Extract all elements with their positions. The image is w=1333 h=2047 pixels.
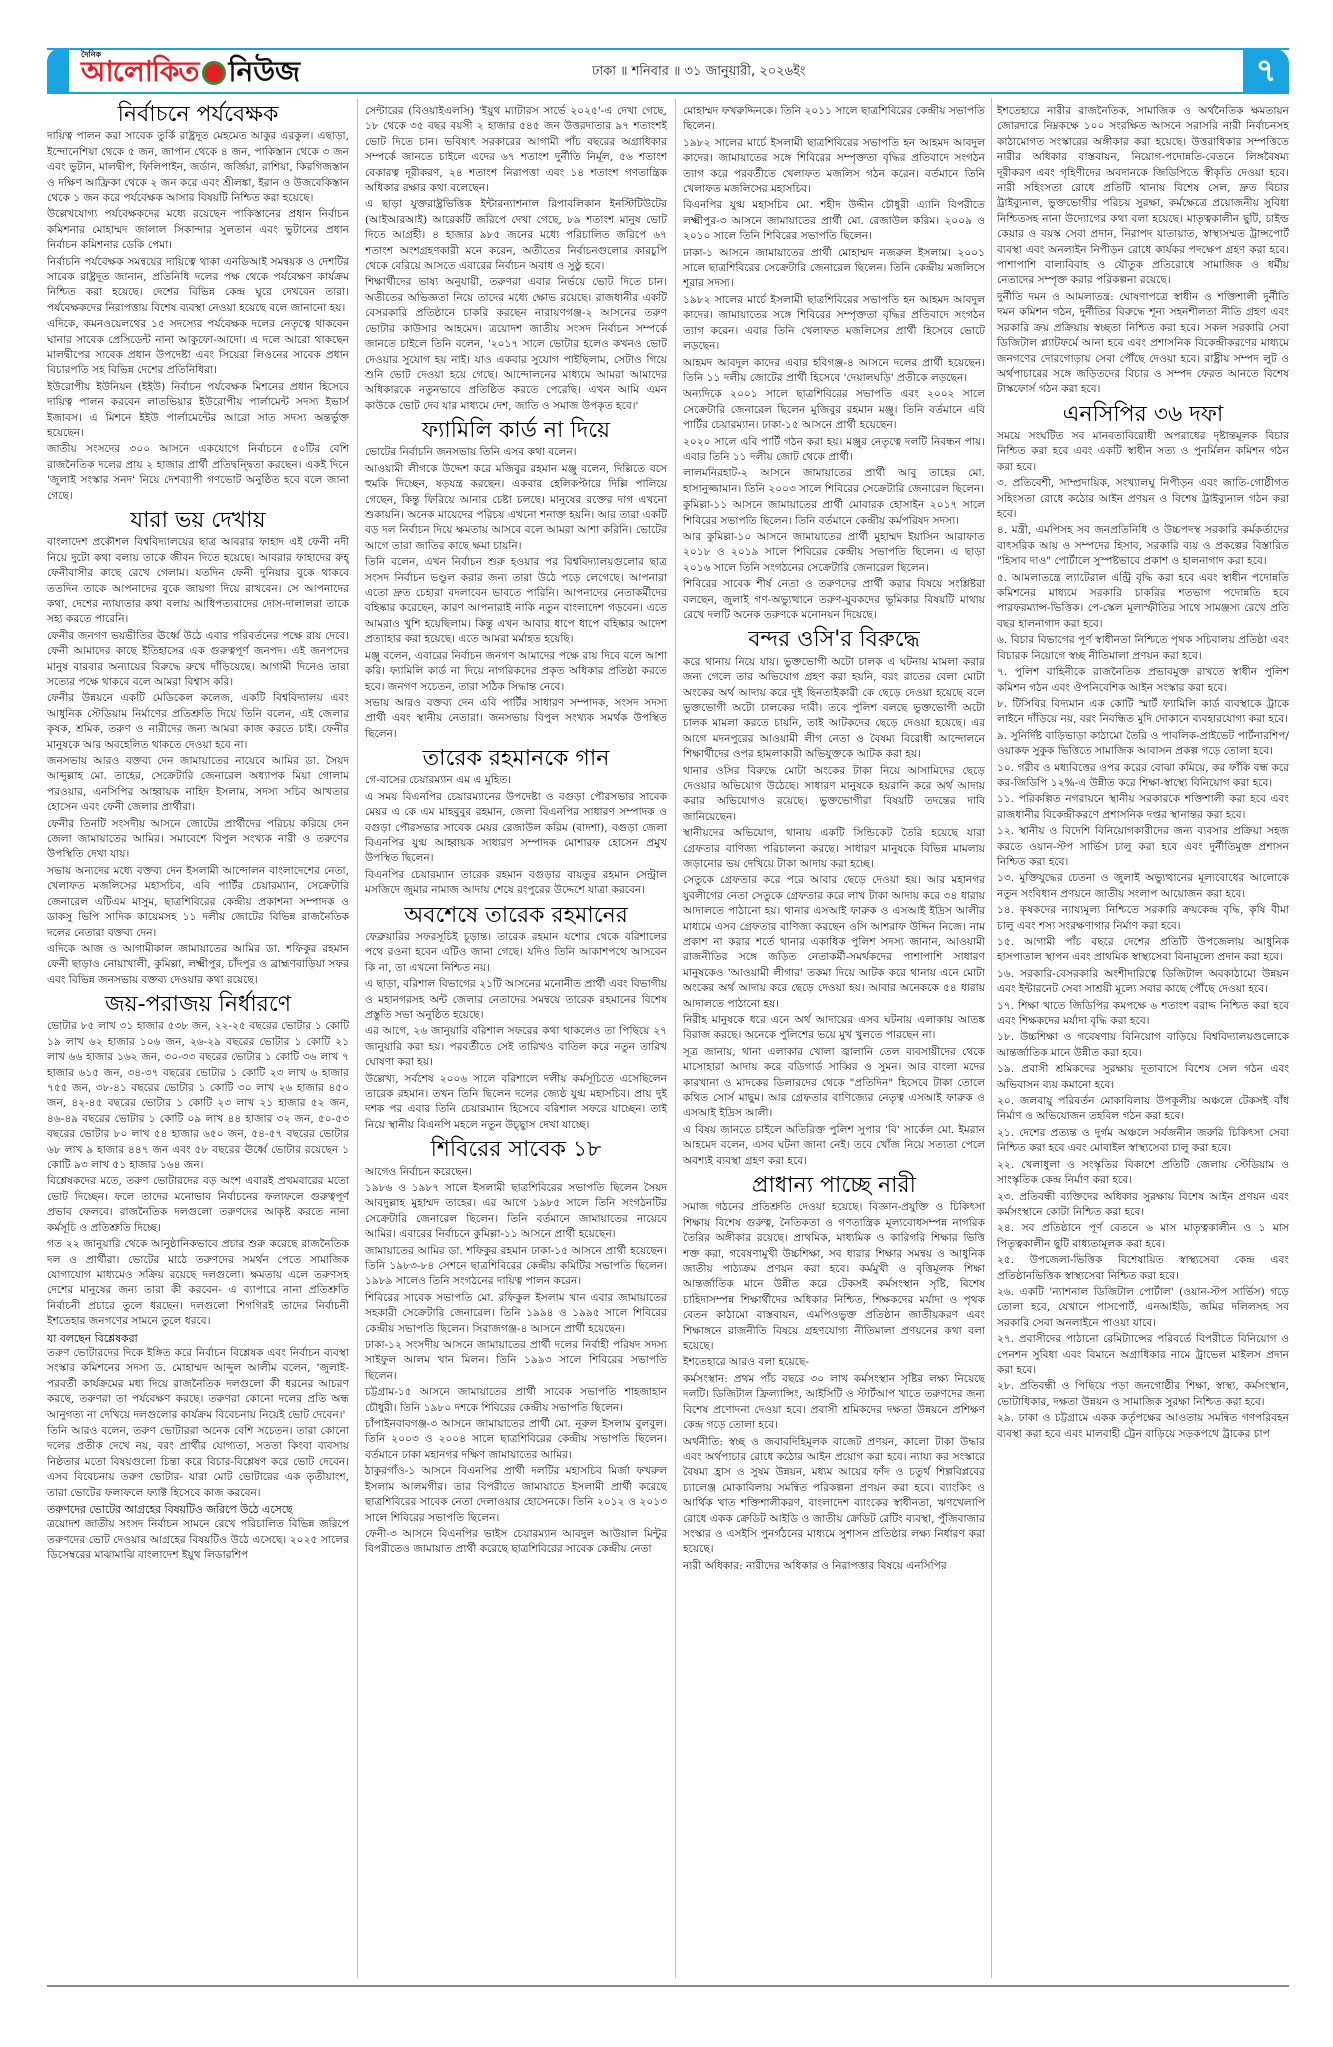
article-paragraph: আহমদ আবদুল কাদের এবার হবিগঞ্জ-৪ আসনে দলে…	[683, 356, 985, 387]
article-paragraph: তিনি আরও বলেন, তরুণ ভোটাররা অনেক বেশি সচ…	[47, 1424, 349, 1501]
list-item: ১৯. প্রবাসী শ্রমিকদের সুরক্ষায় দূতাবাসে…	[997, 1062, 1289, 1093]
article-paragraph: ১৯৮৬ ও ১৯৮৭ সালে ইসলামী ছাত্রশিবিরের সভা…	[365, 1181, 667, 1243]
list-item: ৪. মন্ত্রী, এমপিসহ সব জনপ্রতিনিধি ও উচ্চ…	[997, 523, 1289, 569]
article-paragraph: ইশতেহারে নারীর রাজনৈতিক, সামাজিক ও অর্থন…	[997, 104, 1289, 289]
article-paragraph: ফেনী-৩ আসনে বিএনপির ভাইস চেয়ারম্যান আবদ…	[365, 1527, 667, 1558]
column-divider	[675, 98, 676, 1978]
article-paragraph: লালমনিরহাট-২ আসনে জামায়াতের প্রার্থী আব…	[683, 466, 985, 497]
page-columns: নির্বাচনে পর্যবেক্ষক দায়িত্ব পালন করা স…	[47, 98, 1289, 1988]
logo-emblem-icon	[202, 61, 226, 85]
article-paragraph: ত্রয়োদশ জাতীয় সংসদ নির্বাচন সামনে রেখে…	[47, 1517, 349, 1563]
page-bottom-rule	[47, 1985, 1289, 1987]
page-number: ৭	[1243, 48, 1289, 94]
article-paragraph: বিশ্লেষকদের মতে, তরুণ ভোটারদের বড় অংশ এ…	[47, 1174, 349, 1236]
article-paragraph: তিনি বলেন, এখন নির্বাচন শুরু হওয়ার পর ব…	[365, 555, 667, 647]
list-item: ২৬. একটি 'ন্যাশনাল ডিজিটাল পোর্টাল' (ওয়…	[997, 1285, 1289, 1331]
article-paragraph: নারী অধিকার: নারীদের অধিকার ও নিরাপত্তার…	[683, 1559, 985, 1574]
list-item: ১৭. শিক্ষা খাতে জিডিপির কমপক্ষে ৬ শতাংশ …	[997, 999, 1289, 1030]
list-item: ২০. জলবায়ু পরিবর্তন মোকাবিলায় উপকূলীয়…	[997, 1094, 1289, 1125]
list-item: ২৪. সব প্রতিষ্ঠানে পূর্ণ বেতনে ৬ মাস মাত…	[997, 1221, 1289, 1252]
list-item: ২৭. প্রবাসীদের পাঠানো রেমিট্যান্সের পরিব…	[997, 1332, 1289, 1378]
article-paragraph: ইউরোপীয় ইউনিয়ন (ইইউ) নির্বাচন পর্যবেক্…	[47, 380, 349, 442]
subheading-analysts: যা বলছেন বিশ্লেষকরা	[47, 1331, 349, 1346]
article-paragraph: এ সময় বিএনপির চেয়ারম্যানের উপদেষ্টা ও …	[365, 790, 667, 867]
article-paragraph: বিএনপির চেয়ারম্যান তারেক রহমান বগুড়ার …	[365, 868, 667, 899]
article-paragraph: ঢাকা-১২ সংসদীয় আসনে জামায়াতের প্রার্থী…	[365, 1338, 667, 1384]
column-2: সেন্টারের (বিওয়াইএলসি) 'ইয়ুথ ম্যাটারস …	[365, 98, 667, 1978]
column-1: নির্বাচনে পর্যবেক্ষক দায়িত্ব পালন করা স…	[47, 98, 349, 1978]
list-item: ২৮. প্রতিবন্ধী ও পিছিয়ে পড়া জনগোষ্ঠীর …	[997, 1379, 1289, 1410]
article-paragraph: এদিকে, কমনওয়েলথের ১৫ সদস্যের পর্যবেক্ষক…	[47, 317, 349, 379]
article-paragraph: এদিকে আজ ও আগামীকাল জামায়াতের আমির ডা. …	[47, 942, 349, 988]
article-paragraph: এ ছাড়া, বরিশাল বিভাগের ২১টি আসনের মনোনী…	[365, 977, 667, 1023]
article-paragraph: ঢাকা-১ আসনে জামায়াতের প্রার্থী মোহাম্মদ…	[683, 246, 985, 292]
list-item: ২১. দেশের প্রত্যন্ত ও দুর্গম অঞ্চলে সর্ব…	[997, 1126, 1289, 1157]
masthead: দৈনিক আলোকিত নিউজ ঢাকা ॥ শনিবার ॥ ৩১ জান…	[47, 48, 1289, 94]
article-paragraph: মঞ্জু বলেন, এবারের নির্বাচন জনগণ আমাদের …	[365, 649, 667, 695]
list-item: ১৩. মুক্তিযুদ্ধের চেতনা ও জুলাই অভ্যুত্থ…	[997, 871, 1289, 902]
article-paragraph: দুর্নীতি দমন ও আমলাতন্ত্র: ঘোষণাপত্রে স্…	[997, 290, 1289, 398]
headline-shibir-former-18: শিবিরের সাবেক ১৮	[365, 1137, 667, 1162]
article-paragraph: ফেব্রুয়ারির সফরসূচিই চূড়ান্ত। তারেক রহ…	[365, 930, 667, 976]
article-paragraph: সেতুকে গ্রেফতার করে পরে আবার ছেড়ে দেওয়…	[683, 873, 985, 1012]
list-item: ২৩. প্রতিবন্ধী ব্যক্তিদের অধিকার সুরক্ষা…	[997, 1190, 1289, 1221]
column-3: মোহাম্মদ ফখরুদ্দিনকে। তিনি ২০১১ সালে ছাত…	[683, 98, 985, 1978]
column-4: ইশতেহারে নারীর রাজনৈতিক, সামাজিক ও অর্থন…	[997, 98, 1289, 1978]
article-paragraph: নির্বাচনি পর্যবেক্ষক সমন্বয়ের দায়িত্বে…	[47, 255, 349, 317]
article-paragraph: জনসভায় আরও বক্তব্য দেন জামায়াতের নায়ে…	[47, 754, 349, 816]
list-item: ২২. খেলাধুলা ও সংস্কৃতির বিকাশে প্রতিটি …	[997, 1158, 1289, 1189]
list-item: ১৮. উচ্চশিক্ষা ও গবেষণায় বিনিয়োগ বাড়ি…	[997, 1030, 1289, 1061]
article-paragraph: জামায়াতের আমির ডা. শফিকুর রহমান ঢাকা-১৫…	[365, 1244, 667, 1290]
headline-song-for-tarique: তারেক রহমানকে গান	[365, 746, 667, 771]
article-paragraph: সভায় অন্যদের মধ্যে বক্তব্য দেন ইসলামী আ…	[47, 864, 349, 941]
article-paragraph: শিবিরের সাবেক শীর্ষ নেতা ও তরুণদের প্রার…	[683, 577, 985, 623]
headline-women-priority: প্রাধান্য পাচ্ছে নারী	[683, 1173, 985, 1198]
article-paragraph: মোহাম্মদ ফখরুদ্দিনকে। তিনি ২০১১ সালে ছাত…	[683, 104, 985, 135]
article-paragraph: স্থানীয়দের অভিযোগ, থানায় একটি সিন্ডিকে…	[683, 826, 985, 872]
article-paragraph: ফেনীর উন্নয়নে একটি মেডিকেল কলেজ, একটি ব…	[47, 691, 349, 753]
article-paragraph: ১৯৮২ সালের মার্চে ইসলামী ছাত্রশিবিরের সভ…	[683, 293, 985, 355]
article-paragraph: সভায় আরও বক্তব্য দেন এবি পার্টির সাধারণ…	[365, 696, 667, 742]
article-paragraph: জাতীয় সংসদের ৩০০ আসনে একযোগে নির্বাচনে …	[47, 442, 349, 504]
article-paragraph: তরুণ ভোটারদের দিকে ইঙ্গিত করে নির্বাচন ব…	[47, 1346, 349, 1423]
article-paragraph: গে-বাসের চেয়ারম্যান এম এ মুহিত।	[365, 773, 667, 788]
list-item: সময়ে সংঘটিত সব মানবতাবিরোধী অপরাধের দৃষ…	[997, 429, 1289, 475]
list-item: ৭. পুলিশ বাহিনীকে রাজনৈতিক প্রভাবমুক্ত র…	[997, 665, 1289, 696]
article-paragraph: বিএনপির যুগ্ম মহাসচিব মো. শহীদ উদ্দীন চৌ…	[683, 198, 985, 244]
list-item: ২৫. উপজেলা-ভিত্তিক বিশেষায়িত স্বাস্থ্যস…	[997, 1253, 1289, 1284]
list-item: ৩. প্রতিবেশী, সাম্প্রদায়িক, সংখ্যালঘু ন…	[997, 476, 1289, 522]
article-paragraph: আগেও নির্বাচন করেছেন।	[365, 1165, 667, 1180]
headline-intimidators: যারা ভয় দেখায়	[47, 508, 349, 533]
article-paragraph: শিবিরের সাবেক সভাপতি মো. রফিকুল ইসলাম খা…	[365, 1291, 667, 1337]
list-item: ৮. টিসিবির বিদ্যমান এক কোটি স্মার্ট ফ্যা…	[997, 697, 1289, 728]
article-paragraph: চট্টগ্রাম-১৫ আসনে জামায়াতের প্রার্থী সা…	[365, 1385, 667, 1416]
list-item: ২৯. ঢাকা ও চট্টগ্রামে একক কর্তৃপক্ষের আও…	[997, 1411, 1289, 1442]
headline-port-oc: বন্দর ওসি'র বিরুদ্ধে	[683, 627, 985, 652]
article-paragraph: ইশতেহারে আরও বলা হয়েছে-	[683, 1355, 985, 1370]
list-item: ১১. পরিকল্পিত নগরায়নে স্থানীয় সরকারকে …	[997, 792, 1289, 823]
article-paragraph: ফেনীর তিনটি সংসদীয় আসনে জোটের প্রার্থীদ…	[47, 817, 349, 863]
article-paragraph: অর্থনীতি: স্বচ্ছ ও জবাবদিহিমূলক বাজেট প্…	[683, 1435, 985, 1558]
article-paragraph: সেন্টারের (বিওয়াইএলসি) 'ইয়ুথ ম্যাটারস …	[365, 104, 667, 196]
article-paragraph: ঠাকুরগাঁও-১ আসনে বিএনপির প্রার্থী দলটির …	[365, 1464, 667, 1526]
article-paragraph: চাঁপাইনবাবগঞ্জ-৩ আসনে জামায়াতের প্রার্থ…	[365, 1417, 667, 1463]
article-paragraph: ১৯৮২ সালের মার্চে ইসলামী ছাত্রশিবিরের সভ…	[683, 136, 985, 198]
article-paragraph: ভোটের নির্বাচনি জনসভায় তিনি এসব কথা বলে…	[365, 445, 667, 460]
article-paragraph: উল্লেখযোগ্য পর্যবেক্ষকদের মধ্যে রয়েছেন …	[47, 207, 349, 253]
article-paragraph: এ ছাড়া যুক্তরাষ্ট্রভিত্তিক ইন্টারন্যাশন…	[365, 197, 667, 274]
list-item: ৫. আমলাতন্ত্রে ল্যাটেরাল এন্ট্রি বৃদ্ধি …	[997, 571, 1289, 633]
headline-ncp-36-points: এনসিপির ৩৬ দফা	[997, 402, 1289, 427]
article-paragraph: সমাজ গঠনের প্রতিশ্রুতি দেওয়া হয়েছে। বি…	[683, 1200, 985, 1354]
subheading-survey: তরুণদের ভোটের আগ্রহের বিষয়টিও জরিপে উঠে…	[47, 1502, 349, 1517]
article-paragraph: ২০২০ সালে এবি পার্টি গঠন করা হয়। মঞ্জুর…	[683, 435, 985, 466]
article-paragraph: করে থানায় নিয়ে যায়। ভুক্তভোগী অটো চাল…	[683, 655, 985, 763]
article-paragraph: কর্মসংস্থান: প্রথম পাঁচ বছরে ৩০ লাখ কর্ম…	[683, 1372, 985, 1434]
article-paragraph: কুমিল্লা-১১ আসনে জামায়াতের প্রার্থী মোব…	[683, 498, 985, 529]
list-item: ১০. গরীব ও মধ্যবিত্তের ওপর করের বোঝা কমি…	[997, 761, 1289, 792]
article-paragraph: ভোটার ৮৫ লাখ ৩১ হাজার ৫৩৮ জন, ২২-২৫ বছরে…	[47, 1019, 349, 1173]
article-paragraph: সূত্র জানায়, থানা এলাকার খোলা জ্বালানি …	[683, 1045, 985, 1122]
list-item: ৬. বিচার বিভাগের পূর্ণ স্বাধীনতা নিশ্চিত…	[997, 633, 1289, 664]
article-paragraph: এ বিষয় জানতে চাইলে অতিরিক্ত পুলিশ সুপার…	[683, 1123, 985, 1169]
column-divider	[357, 98, 358, 1978]
article-paragraph: শিক্ষার্থীদের ভাষ্য অনুযায়ী, তরুণরা এবা…	[365, 275, 667, 414]
masthead-left-accent	[47, 48, 69, 94]
list-item: ১৪. কৃষকদের ন্যায্যমূল্য নিশ্চিতে সরকারি…	[997, 903, 1289, 934]
dateline: ঢাকা ॥ শনিবার ॥ ৩১ জানুয়ারী, ২০২৬ইং	[592, 62, 805, 83]
article-paragraph: থানার ওসির বিরুদ্ধে মোটা অংকের টাকা নিয়…	[683, 764, 985, 826]
logo-black-text: নিউজ	[229, 52, 301, 92]
article-paragraph: অন্যদিকে ২০০১ সালে ছাত্রশিবিরের সভাপতি এ…	[683, 387, 985, 433]
headline-observers: নির্বাচনে পর্যবেক্ষক	[47, 102, 349, 127]
article-paragraph: গত ২২ জানুয়ারি থেকে আনুষ্ঠানিকভাবে প্রচ…	[47, 1237, 349, 1329]
headline-finally-tarique: অবশেষে তারেক রহমানের	[365, 903, 667, 928]
article-paragraph: উল্লেখ্য, সর্বশেষ ২০০৬ সালে বরিশালে দলীয…	[365, 1072, 667, 1134]
column-divider	[991, 98, 992, 1978]
headline-family-card: ফ্যামিলি কার্ড না দিয়ে	[365, 418, 667, 443]
article-paragraph: বাংলাদেশ প্রকৌশল বিশ্ববিদ্যালয়ের ছাত্র …	[47, 535, 349, 627]
article-paragraph: নিরীহ মানুষকে ধরে এনে অর্থ আদায়ের এসব ঘ…	[683, 1013, 985, 1044]
article-paragraph: আর কুমিল্লা-১০ আসনে জামায়াতের প্রার্থী …	[683, 530, 985, 576]
list-item: ১৬. সরকারি-বেসরকারি অংশীদারিত্বে ডিজিটাল…	[997, 967, 1289, 998]
list-item: ৯. সুনির্দিষ্ট বাড়িভাড়া কাঠামো তৈরি ও …	[997, 729, 1289, 760]
article-paragraph: ফেনীর জনগণ ভয়ভীতির ঊর্ধ্বে উঠে এবার পরি…	[47, 629, 349, 691]
article-paragraph: দায়িত্ব পালন করা সাবেক তুর্কি রাষ্ট্রদূ…	[47, 129, 349, 206]
list-item: ১৫. আগামী পাঁচ বছরে দেশের প্রতিটি উপজেলা…	[997, 935, 1289, 966]
article-paragraph: এর আগে, ২৬ জানুয়ারি বরিশাল সফরের কথা থা…	[365, 1024, 667, 1070]
list-item: ১২. স্থানীয় ও বিদেশি বিনিয়োগকারীদের জন…	[997, 824, 1289, 870]
headline-win-loss: জয়-পরাজয় নির্ধারণে	[47, 992, 349, 1017]
article-paragraph: আওয়ামী লীগকে উদ্দেশ করে মজিবুর রহমান মঞ…	[365, 462, 667, 554]
logo-prefix: দৈনিক	[81, 49, 101, 62]
newspaper-logo[interactable]: দৈনিক আলোকিত নিউজ	[81, 50, 300, 92]
